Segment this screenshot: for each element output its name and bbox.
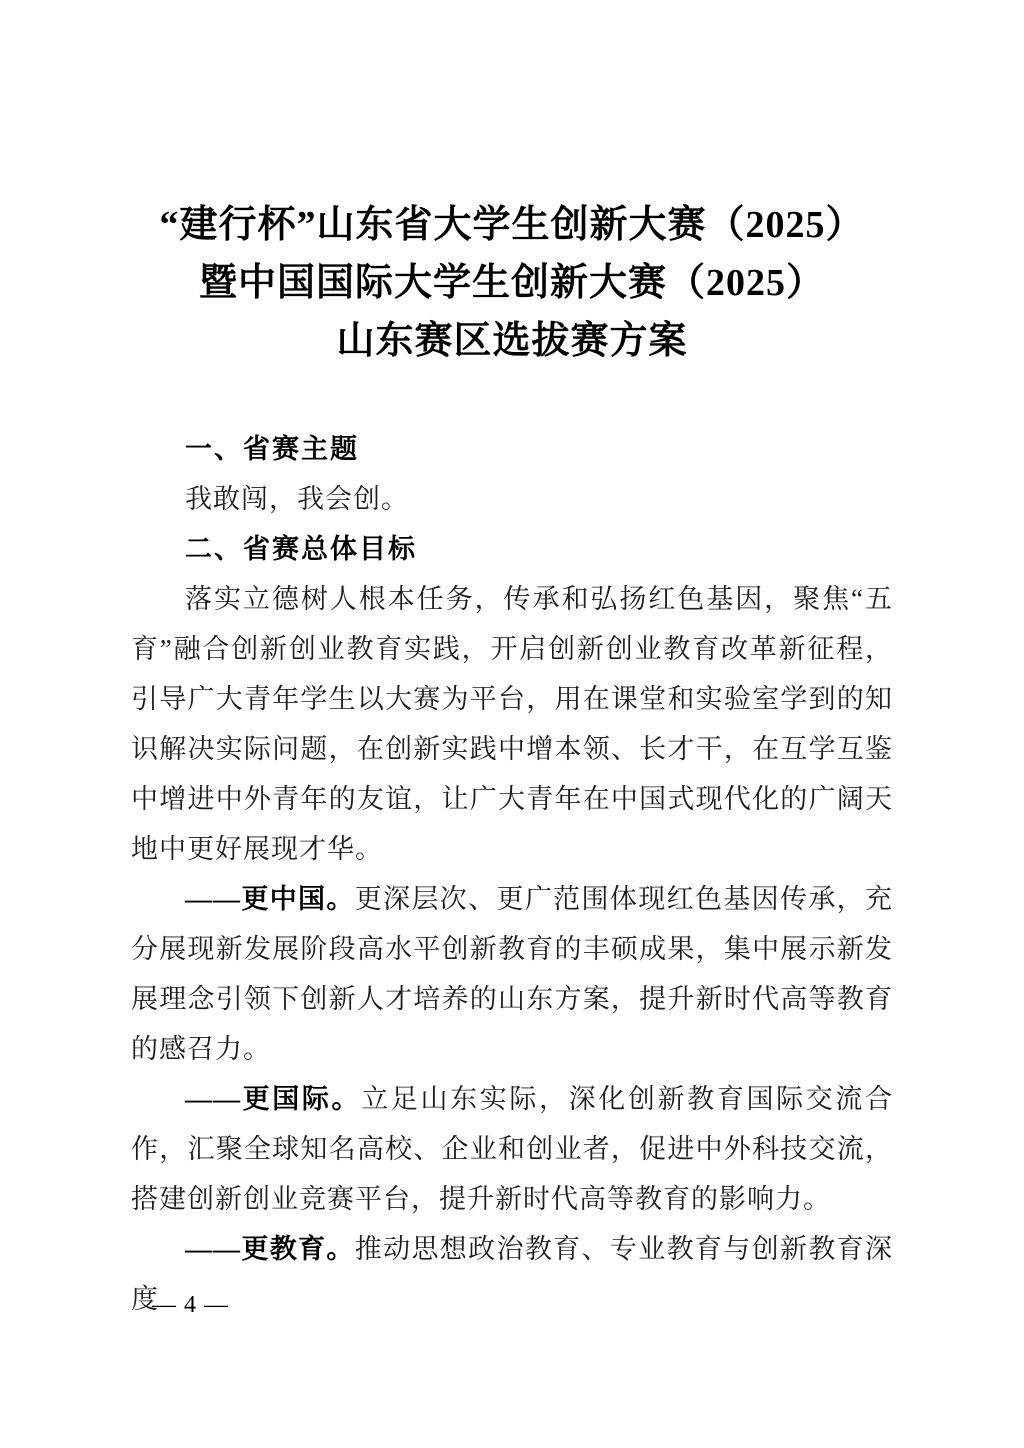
document-body: 一、省赛主题 我敢闯，我会创。 二、省赛总体目标 落实立德树人根本任务，传承和弘… (131, 424, 893, 1324)
title-line-3: 山东赛区选拔赛方案 (131, 312, 893, 370)
paragraph-overview: 落实立德树人根本任务，传承和弘扬红色基因，聚焦“五育”融合创新创业教育实践，开启… (131, 574, 893, 874)
title-line-1: “建行杯”山东省大学生创新大赛（2025） (131, 196, 893, 254)
paragraph-more-international: ——更国际。立足山东实际，深化创新教育国际交流合作，汇聚全球知名高校、企业和创业… (131, 1074, 893, 1224)
document-title: “建行杯”山东省大学生创新大赛（2025） 暨中国国际大学生创新大赛（2025）… (131, 196, 893, 370)
section-heading-theme: 一、省赛主题 (131, 424, 893, 474)
paragraph-more-education: ——更教育。推动思想政治教育、专业教育与创新教育深度 (131, 1224, 893, 1324)
paragraph-lead: ——更国际。 (185, 1084, 361, 1114)
section-heading-goals: 二、省赛总体目标 (131, 524, 893, 574)
page-number: — 4 — (152, 1292, 229, 1318)
paragraph-theme: 我敢闯，我会创。 (131, 474, 893, 524)
paragraph-lead: ——更中国。 (185, 884, 355, 914)
paragraph-text: 落实立德树人根本任务，传承和弘扬红色基因，聚焦“五育”融合创新创业教育实践，开启… (131, 584, 893, 864)
paragraph-more-china: ——更中国。更深层次、更广范围体现红色基因传承，充分展现新发展阶段高水平创新教育… (131, 874, 893, 1074)
title-line-2: 暨中国国际大学生创新大赛（2025） (131, 254, 893, 312)
paragraph-text: 我敢闯，我会创。 (185, 484, 409, 514)
paragraph-lead: ——更教育。 (185, 1234, 355, 1264)
page-footer: — 4 — (152, 1292, 229, 1319)
document-page: “建行杯”山东省大学生创新大赛（2025） 暨中国国际大学生创新大赛（2025）… (0, 0, 1024, 1448)
